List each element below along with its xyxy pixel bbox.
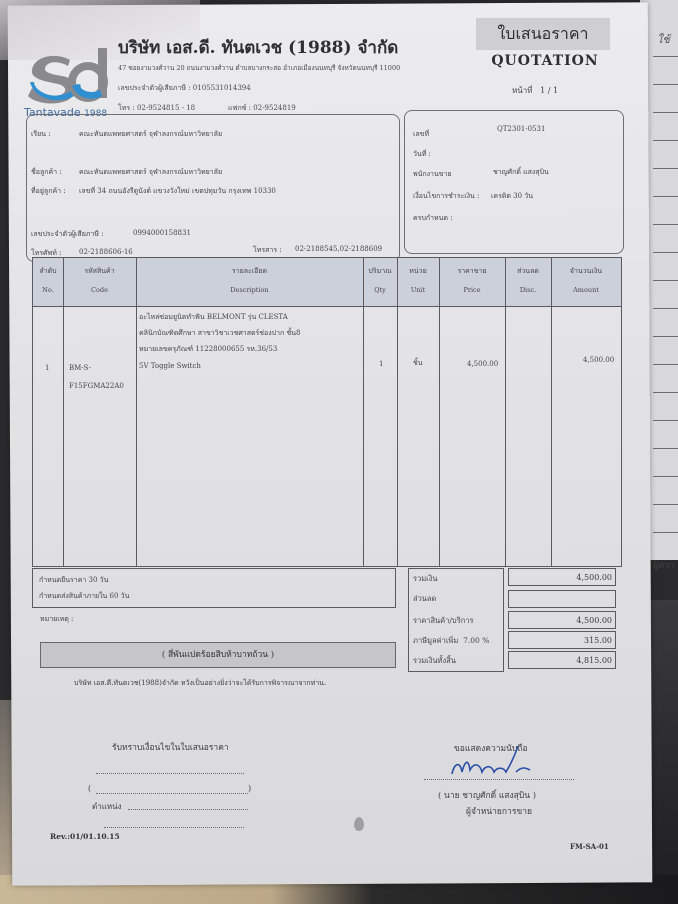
items-table: ลำดับNo. รหัสสินค้าCode รายละเอียดDescri… bbox=[32, 257, 622, 567]
seller-position: ผู้จำหน่ายการขาย bbox=[466, 804, 532, 818]
header-unit: หน่วยUnit bbox=[397, 258, 439, 306]
total-label: รวมเงินทั้งสิ้น bbox=[413, 655, 456, 667]
header-no: ลำดับNo. bbox=[33, 258, 63, 306]
customer-position-label: ตำแหน่ง bbox=[92, 800, 122, 813]
row-price: 4,500.00 bbox=[467, 360, 498, 368]
header-description: รายละเอียดDescription bbox=[136, 258, 363, 306]
row-qty: 1 bbox=[379, 360, 383, 368]
row-unit: ชิ้น bbox=[413, 358, 423, 369]
customer-info-box: เรียน : คณะทันตแพทยศาสตร์ จุฬาลงกรณ์มหาว… bbox=[26, 114, 400, 262]
revision-number: Rev.:01/01.10.15 bbox=[50, 832, 120, 841]
seller-name: ( นาย ชาญศักดิ์ แสงสุบิน ) bbox=[438, 788, 536, 802]
document-title-english: QUOTATION bbox=[486, 53, 604, 69]
header-code: รหัสสินค้าCode bbox=[63, 258, 136, 306]
company-name: บริษัท เอส.ดี. ทันตเวช (1988) จำกัด bbox=[118, 34, 398, 61]
amount-in-words: ( สี่พันแปดร้อยสิบห้าบาทถ้วน ) bbox=[40, 642, 396, 668]
customer-name-line bbox=[96, 792, 248, 794]
customer-date-line bbox=[104, 826, 244, 828]
document-info-box: เลขที่ QT2301-0531 วันที่ : พนักงานขาย ช… bbox=[404, 110, 624, 254]
price-validity: กำหนดยืนราคา 30 วัน bbox=[39, 575, 108, 586]
company-fax: แฟกซ์ : 02-9524819 bbox=[228, 103, 296, 114]
company-address: 47 ซอยงามวงศ์วาน 20 ถนนงามวงศ์วาน ตำบลบา… bbox=[118, 63, 400, 73]
salesperson-label: พนักงานขาย bbox=[413, 169, 452, 180]
customer-tax-id-value: 0994000158831 bbox=[133, 229, 191, 237]
customer-address-label: ที่อยู่ลูกค้า : bbox=[31, 186, 66, 197]
net-label: ราคาสินค้า/บริการ bbox=[413, 615, 474, 627]
vat-value: 315.00 bbox=[508, 631, 616, 649]
notebook-text: ผู้ควา bbox=[653, 558, 674, 572]
due-date-label: ครบกำหนด : bbox=[413, 213, 453, 224]
row-code-line2: F15FGMA22A0 bbox=[69, 382, 124, 390]
thank-you-note: บริษัท เอส.ดี.ทันตเวช(1988)จำกัด หวังเป็… bbox=[74, 678, 326, 689]
customer-tel-value: 02-2188606-16 bbox=[79, 248, 133, 256]
doc-number-value: QT2301-0531 bbox=[497, 125, 545, 133]
notebook-handwriting: ใช้ bbox=[657, 30, 670, 48]
row-no: 1 bbox=[45, 364, 49, 372]
company-logo-icon bbox=[26, 44, 110, 106]
row-desc-line4: 5V Toggle Switch bbox=[139, 362, 201, 370]
salesperson-value: ชาญศักดิ์ แสงสุบิน bbox=[493, 167, 549, 178]
paper-stain bbox=[354, 817, 364, 831]
discount-value bbox=[508, 590, 616, 608]
notebook-ruled-lines bbox=[653, 0, 678, 560]
row-desc-line3: หมายเลขครุภัณฑ์ 11228000655 รห.36/53 bbox=[139, 344, 277, 355]
customer-acknowledgement-title: รับทราบเงื่อนไขในใบเสนอราคา bbox=[112, 740, 229, 754]
header-amount: จำนวนเงินAmount bbox=[551, 258, 621, 306]
payment-terms-label: เงื่อนไขการชำระเงิน : bbox=[413, 191, 479, 202]
header-discount: ส่วนลดDisc. bbox=[505, 258, 551, 306]
remark-label: หมายเหตุ : bbox=[40, 614, 73, 625]
attn-value: คณะทันตแพทยศาสตร์ จุฬาลงกรณ์มหาวิทยาลัย bbox=[79, 129, 222, 140]
customer-position-line bbox=[128, 808, 248, 810]
doc-number-label: เลขที่ bbox=[413, 129, 429, 140]
form-number: FM-SA-01 bbox=[570, 842, 609, 851]
row-desc-line2: คลินิกบัณฑิตศึกษา สาขาวิชาเวชศาสตร์ช่องป… bbox=[139, 328, 301, 339]
customer-fax-value: 02-2188545,02-2188609 bbox=[295, 245, 382, 253]
row-amount: 4,500.00 bbox=[583, 356, 614, 364]
customer-name-label: ชื่อลูกค้า : bbox=[31, 167, 62, 178]
seller-signature-line bbox=[424, 778, 574, 780]
customer-name-value: คณะทันตแพทยศาสตร์ จุฬาลงกรณ์มหาวิทยาลัย bbox=[79, 167, 222, 178]
terms-box: กำหนดยืนราคา 30 วัน กำหนดส่งสินค้าภายใน … bbox=[32, 568, 396, 608]
attn-label: เรียน : bbox=[31, 129, 51, 140]
customer-signature-line bbox=[96, 772, 244, 774]
payment-terms-value: เครดิต 30 วัน bbox=[491, 191, 533, 202]
doc-date-label: วันที่ : bbox=[413, 149, 431, 160]
delivery-term: กำหนดส่งสินค้าภายใน 60 วัน bbox=[39, 591, 129, 602]
company-tel: โทร : 02-9524815 - 18 bbox=[118, 103, 195, 114]
discount-label: ส่วนลด bbox=[413, 593, 436, 605]
header-price: ราคาขายPrice bbox=[439, 258, 505, 306]
row-code-line1: BM-S- bbox=[69, 364, 91, 372]
header-qty: ปริมาณQty bbox=[363, 258, 397, 306]
subtotal-label: รวมเงิน bbox=[413, 573, 438, 585]
company-tax-id: เลขประจำตัวผู้เสียภาษี : 0105531014394 bbox=[118, 83, 251, 94]
vat-label: ภาษีมูลค่าเพิ่ม 7.00 % bbox=[413, 635, 489, 647]
customer-fax-label: โทรสาร : bbox=[253, 245, 282, 256]
customer-address-value: เลขที่ 34 ถนนอังรีดูนังต์ แขวงวังใหม่ เข… bbox=[79, 186, 276, 197]
document-title-thai: ใบเสนอราคา bbox=[476, 18, 610, 50]
page-number: หน้าที่ 1 / 1 bbox=[512, 84, 558, 97]
row-desc-line1: อะไหล่ซ่อมยูนิตทำฟัน BELMONT รุ่น CLESTA bbox=[139, 312, 288, 323]
customer-tax-id-label: เลขประจำตัวผู้เสียภาษี : bbox=[31, 229, 104, 240]
subtotal-value: 4,500.00 bbox=[508, 568, 616, 586]
total-value: 4,815.00 bbox=[508, 651, 616, 669]
summary-labels: รวมเงิน ส่วนลด ราคาสินค้า/บริการ ภาษีมูล… bbox=[408, 568, 504, 672]
net-value: 4,500.00 bbox=[508, 611, 616, 629]
signature-icon bbox=[446, 742, 556, 782]
